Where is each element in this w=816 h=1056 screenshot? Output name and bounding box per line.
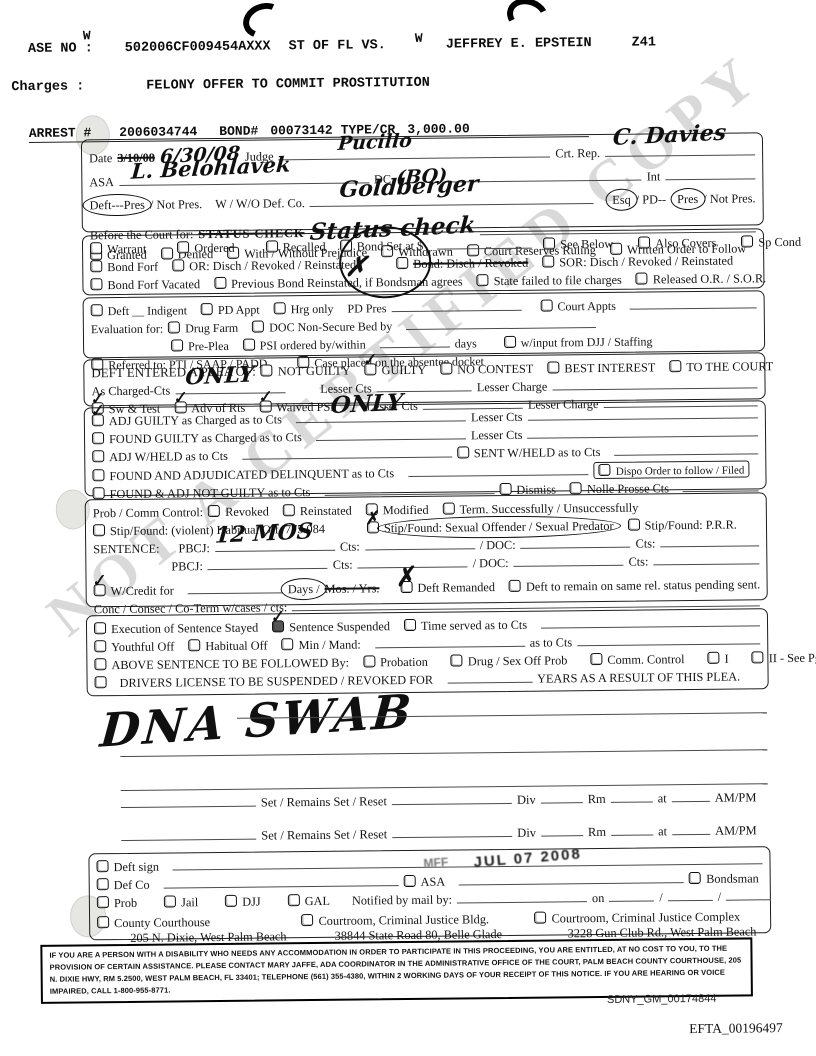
found-guilty-option: FOUND GUILTY as Charged as to Cts: [92, 429, 302, 447]
checkbox-label: DJJ: [242, 895, 261, 910]
warrant-option-sp-cond: Sp Cond: [741, 234, 801, 251]
plea-box: DEFT ENTERED A PLEA OF: NOT GUILTY ✓GUIL…: [83, 352, 765, 406]
on-label: on: [592, 891, 604, 906]
ampm-label: AM/PM: [715, 790, 757, 805]
div-label: Div: [517, 826, 536, 841]
schedule-row: Set / Remains Set / Reset Div Rm at AM/P…: [121, 789, 771, 812]
checkbox[interactable]: [440, 363, 452, 375]
form-row: Deft---Pres / Not Pres. W / W/O Def. Co.…: [90, 190, 756, 213]
div-label: Div: [517, 793, 536, 808]
time-served-line[interactable]: [541, 614, 760, 628]
psi-days-line[interactable]: [380, 336, 450, 349]
deft-indigent-option: Deft __ Indigent: [91, 302, 187, 319]
days-label[interactable]: Days /: [288, 582, 320, 597]
stamp-smudge: MFF: [423, 855, 448, 871]
document-sheet: W W NOT A CERTIFIED COPY ASE NO : 502006…: [0, 0, 816, 1056]
checkbox[interactable]: [477, 274, 489, 286]
pd-pres-label: PD Pres: [347, 301, 386, 316]
crt-rep-handwritten: C. Davies: [612, 120, 727, 151]
checkbox-label: Jail: [181, 895, 198, 910]
min-mand-option: Min / Mand:: [281, 637, 360, 654]
adj-guilty-handwritten: ONLY: [330, 389, 404, 419]
checkbox[interactable]: [168, 321, 180, 333]
checkbox[interactable]: [340, 240, 352, 252]
case-header-row: ASE NO : 502006CF009454AXXX ST OF FL VS.…: [28, 35, 656, 57]
checkbox[interactable]: [396, 257, 408, 269]
judge-handwritten: Pucillo: [338, 130, 414, 155]
w-wo-def-co-label: W / W/O Def. Co.: [215, 196, 305, 212]
checkbox-label: DOC Non-Secure Bed by: [269, 319, 392, 335]
checkbox-label: FOUND GUILTY as Charged as to Cts: [109, 430, 302, 447]
reinstated-option: Reinstated: [283, 503, 352, 520]
crt-rep-line[interactable]: C. Davies: [605, 143, 755, 157]
checkbox-label: Habitual Off: [205, 638, 267, 654]
checkbox-label: Youthful Off: [111, 639, 174, 655]
checkbox-label: ADJ GUILTY as Charged as to Cts: [109, 412, 282, 429]
slash: /: [718, 890, 722, 905]
rm-label: Rm: [588, 792, 606, 807]
checkbox[interactable]: [752, 651, 764, 663]
checkbox-label: Bond Forf Vacated: [107, 277, 200, 293]
checkbox[interactable]: [90, 242, 102, 254]
psi-option: PSI ordered by/within: [243, 336, 366, 353]
def-co-line[interactable]: Goldberger: [310, 192, 594, 207]
set-remains-label: Set / Remains Set / Reset: [261, 827, 387, 843]
checkbox[interactable]: [363, 655, 375, 667]
as-to-cts-label: as to Cts: [530, 635, 573, 650]
cts-line2[interactable]: [660, 534, 759, 547]
checkbox-label: Recalled: [283, 240, 326, 255]
as-charged-line[interactable]: ONLY: [175, 381, 285, 394]
checkbox[interactable]: [188, 639, 200, 651]
checkbox[interactable]: [638, 236, 650, 248]
checkbox[interactable]: [504, 336, 516, 348]
pd-pres-line[interactable]: [391, 299, 521, 312]
checkbox-label: Court Appts: [557, 299, 615, 315]
checkbox-label: Probation: [380, 655, 428, 671]
plea-no-contest-option: NO CONTEST: [440, 361, 533, 378]
checkbox[interactable]: [92, 432, 104, 444]
checkbox[interactable]: [97, 916, 109, 928]
scan-mark-icon: [502, 0, 553, 39]
court-appts-option: Court Appts: [540, 298, 616, 315]
adj-guilty-option: ✓ADJ GUILTY as Charged as to Cts: [92, 411, 282, 429]
doc-line[interactable]: [521, 536, 631, 549]
nolle-line[interactable]: [683, 479, 759, 492]
cts-line[interactable]: [365, 537, 475, 550]
scan-mark-icon: [238, 0, 289, 44]
checkbox-label: Deft Remanded: [417, 580, 495, 596]
checkbox[interactable]: [272, 620, 284, 632]
checkbox-label: TO THE COURT: [686, 359, 773, 375]
checkbox[interactable]: [366, 503, 378, 515]
warrant-option-bond-forf-vacated: Bond Forf Vacated: [90, 276, 200, 293]
checkbox[interactable]: [225, 895, 237, 907]
checkbox[interactable]: [93, 524, 105, 536]
bates-number-efta: EFTA_00196497: [689, 1020, 783, 1037]
warrant-option-ordered: Ordered: [177, 240, 234, 257]
checkbox[interactable]: [93, 487, 105, 499]
int-label: Int: [647, 169, 661, 184]
date-line[interactable]: [726, 888, 771, 900]
checkbox-label: PD Appt: [218, 303, 260, 318]
esq-option[interactable]: Esq: [612, 193, 631, 208]
cts-label: Cts:: [340, 540, 360, 555]
checkbox-label: Comm. Control: [607, 652, 684, 668]
djj-input-option: w/input from DJJ / Staffing: [504, 333, 653, 351]
time-line[interactable]: [672, 790, 710, 802]
deft-remain-option: Deft to remain on same rel. status pendi…: [509, 576, 760, 595]
note-line[interactable]: [121, 772, 768, 791]
checkbox-label: Modified: [383, 503, 429, 518]
checkbox[interactable]: [590, 653, 602, 665]
checkbox[interactable]: [90, 260, 102, 272]
notify-option-prob: Prob: [97, 895, 137, 911]
checkbox-label: w/input from DJJ / Staffing: [521, 334, 653, 350]
asa-line[interactable]: L. Belohlavek: [119, 171, 369, 186]
time-line[interactable]: [672, 823, 710, 835]
stayed-option: Execution of Sentence Stayed: [94, 620, 258, 638]
x-mark-annotation: ✗: [344, 252, 368, 283]
checkbox[interactable]: [669, 360, 681, 372]
prob-comm-label: Prob / Comm Control:: [93, 505, 203, 521]
plea-guilty-option: ✓GUILTY: [364, 362, 426, 379]
checkbox-label: Dispo Order to follow / Filed: [616, 464, 745, 477]
cts-label: Cts:: [636, 536, 656, 551]
doc-bed-line[interactable]: [406, 316, 596, 330]
checkbox[interactable]: [400, 581, 412, 593]
checkbox[interactable]: [542, 255, 554, 267]
lesser-charge-label: Lesser Charge: [477, 380, 548, 396]
checkbox-label: Deft sign: [113, 860, 159, 875]
checkbox-label: Time served as to Cts: [421, 618, 527, 634]
checkbox[interactable]: [252, 320, 264, 332]
cts-label: Cts:: [333, 558, 353, 573]
checkbox[interactable]: [91, 304, 103, 316]
checkbox[interactable]: [442, 503, 454, 515]
checkbox-label: Sentence Suspended: [289, 619, 390, 635]
charges-row: Charges : FELONY OFFER TO COMMIT PROSTIT…: [11, 76, 430, 95]
checkbox[interactable]: [636, 272, 648, 284]
pbcj-line[interactable]: 12 MOS: [215, 539, 335, 552]
warrant-option-previous-bond-reinstated-if-bondsman-agrees: Previous Bond Reinstated, if Bondsman ag…: [214, 273, 463, 292]
checkbox[interactable]: [288, 894, 300, 906]
checkbox[interactable]: [94, 640, 106, 652]
location-name: County Courthouse: [114, 914, 286, 931]
doc-bed-option: DOC Non-Secure Bed by: [252, 318, 392, 335]
checkbox[interactable]: [403, 875, 415, 887]
checkbox-label: Prob: [114, 896, 137, 911]
not-pres-option[interactable]: / Not Pres.: [150, 197, 202, 213]
checkbox-label: BEST INTEREST: [564, 360, 655, 376]
not-pres2-option[interactable]: / Not Pres.: [703, 191, 755, 207]
checkbox-label: Deft to remain on same rel. status pendi…: [526, 577, 760, 594]
notify-option-djj: DJJ: [225, 894, 261, 910]
deft-pres-option[interactable]: Deft---Pres: [90, 198, 145, 214]
schedule-date-line[interactable]: [392, 825, 512, 838]
checkbox[interactable]: [214, 277, 226, 289]
checkbox[interactable]: [201, 303, 213, 315]
notify-option-gal: GAL: [288, 893, 330, 909]
checkbox-label: SOR: Disch / Revoked / Reinstated: [559, 254, 733, 271]
pre-plea-option: Pre-Plea: [171, 338, 229, 355]
doc-line2[interactable]: [513, 554, 623, 567]
checkbox[interactable]: [404, 619, 416, 631]
time-served-option: Time served as to Cts: [404, 617, 527, 634]
crt-rep-label: Crt. Rep.: [555, 146, 600, 161]
checkbox-label: I: [725, 652, 729, 667]
notify-option-jail: Jail: [164, 894, 198, 910]
checkbox[interactable]: [97, 878, 109, 890]
checkbox-label: Pre-Plea: [188, 339, 229, 354]
checkbox[interactable]: [92, 469, 104, 481]
warrant-options: WarrantOrderedRecalled: [90, 239, 335, 258]
asa-label: ASA: [89, 175, 114, 190]
found-delinquent-option: FOUND AND ADJUDICATED DELINQUENT as to C…: [92, 465, 394, 484]
rm-line[interactable]: [611, 823, 653, 835]
def-co-handwritten: Goldberger: [339, 171, 480, 203]
notified-line[interactable]: [457, 890, 587, 903]
div-line[interactable]: [541, 824, 583, 836]
checkbox-label: Term. Successfully / Unsuccessfully: [459, 501, 638, 518]
checkbox[interactable]: [90, 278, 102, 290]
checkbox[interactable]: [570, 482, 582, 494]
int-line[interactable]: [665, 167, 755, 180]
checkbox-label: State failed to file charges: [494, 273, 622, 289]
checkbox[interactable]: [274, 302, 286, 314]
checkbox-label: Hrg only: [291, 302, 334, 317]
followed-option-probation: Probation: [363, 654, 428, 671]
schedule-line[interactable]: [121, 795, 256, 808]
evaluation-label: Evaluation for:: [91, 322, 163, 338]
schedule-line[interactable]: [121, 828, 256, 841]
checkbox-label: Sp Cond: [758, 235, 801, 250]
min-mand-line[interactable]: [375, 635, 525, 649]
bond-disch-option: Bond: Disch / Revoked: [396, 255, 528, 272]
notified-label: Notified by mail by:: [352, 893, 452, 909]
deft-sign-option: Deft sign: [96, 859, 159, 876]
checkbox[interactable]: [547, 361, 559, 373]
checkbox-label: Reinstated: [300, 504, 352, 520]
charges-label: Charges :: [11, 79, 84, 95]
followed-option-i: I: [707, 651, 728, 667]
asa-sign-option: ASA: [403, 874, 445, 890]
checkbox[interactable]: [509, 580, 521, 592]
warrant-option-warrant: Warrant: [90, 241, 146, 258]
checkbox[interactable]: [94, 622, 106, 634]
rm-line[interactable]: [611, 790, 653, 802]
checkbox-label: Ordered: [194, 241, 234, 256]
div-line[interactable]: [541, 791, 583, 803]
pbcj-line2[interactable]: [208, 557, 328, 570]
as-to-cts-line[interactable]: [577, 632, 760, 646]
adj-wheld-option: ADJ W/HELD as to Cts: [92, 448, 228, 465]
lesser-cts-label: Lesser Cts: [471, 410, 523, 426]
cts-label: Cts:: [628, 554, 648, 569]
checkbox-label: Revoked: [225, 504, 269, 519]
checkbox[interactable]: [92, 414, 104, 426]
checkbox-label: OR: Disch / Revoked / Reinstated: [189, 258, 356, 275]
checkbox-label: II - See Pg. 2: [769, 651, 816, 667]
delinquent-line[interactable]: [408, 463, 589, 477]
checkbox-label: Released O.R. / S.O.R.: [653, 271, 767, 287]
checkbox[interactable]: [499, 483, 511, 495]
warrant-option-recalled: Recalled: [266, 239, 326, 256]
appointment-box: Deft __ Indigent PD Appt Hrg only PD Pre…: [83, 290, 766, 358]
checkbox[interactable]: [540, 299, 552, 311]
warrant-option-released-o-r-s-o-r: Released O.R. / S.O.R.: [636, 270, 767, 287]
scanned-court-document: W W NOT A CERTIFIED COPY ASE NO : 502006…: [0, 0, 816, 1056]
checkbox-label: GAL: [305, 894, 330, 909]
pres-option[interactable]: Pres: [677, 192, 698, 207]
checkbox-label: Bond Forf: [107, 260, 158, 276]
adj-lesser-line[interactable]: [527, 406, 757, 420]
checkbox[interactable]: [208, 505, 220, 517]
youthful-option: Youthful Off: [94, 638, 174, 655]
date-line[interactable]: [668, 889, 713, 901]
checkbox-label: Def Co: [114, 878, 150, 893]
execution-box: Execution of Sentence Stayed ✓Sentence S…: [86, 608, 769, 696]
or-disch-option: OR: Disch / Revoked / Reinstated: [172, 257, 356, 275]
pbcj-handwritten: 12 MOS: [214, 518, 314, 549]
def-co-line[interactable]: [163, 874, 398, 888]
plea-to-court-option: TO THE COURT: [669, 358, 773, 375]
wcredit-option: ✓W/Credit for: [94, 582, 174, 599]
deft-remanded-option: ✗Deft Remanded: [400, 579, 495, 596]
warrant-option-state-failed-to-file-charges: State failed to file charges: [477, 272, 622, 290]
followed-option-drug-sex-off-prob: Drug / Sex Off Prob: [451, 652, 568, 669]
plea-not-guilty-option: NOT GUILTY: [261, 363, 351, 380]
pbcj-label: PBCJ:: [171, 559, 203, 574]
rm-label: Rm: [588, 825, 606, 840]
checkbox-label: Stip/Found: Sexual Offender / Sexual Pre…: [384, 519, 614, 536]
slash: /: [659, 890, 663, 905]
checkbox[interactable]: [451, 654, 463, 666]
lesser-charge-line[interactable]: [552, 376, 757, 390]
found-guilty-line[interactable]: [316, 427, 466, 441]
pd-appt-option: PD Appt: [201, 302, 260, 319]
checkbox[interactable]: [543, 237, 555, 249]
adjudication-box: ✓ADJ GUILTY as Charged as to Cts ONLY Le…: [84, 400, 767, 496]
court-info-box: Date 3/10/08 6/30/08 Judge Pucillo Crt. …: [81, 132, 764, 232]
dispo-option: Dispo Order to follow / Filed: [594, 460, 750, 479]
arrest-label: ARREST #: [29, 125, 92, 141]
found-lesser-line[interactable]: [527, 424, 758, 438]
warrant-box: WarrantOrderedRecalled Bond Set at $ See…: [82, 228, 765, 295]
sent-wheld-option: SENT W/HELD as to Cts: [457, 444, 601, 462]
checkbox[interactable]: [689, 872, 701, 884]
pd-option[interactable]: / PD--: [636, 192, 667, 207]
stip-prr-option: Stip/Found: P.R.R.: [627, 517, 736, 534]
drug-farm-option: Drug Farm: [168, 320, 238, 337]
doc-label: / DOC:: [473, 556, 509, 571]
followed-options: ProbationDrug / Sex Off ProbComm. Contro…: [363, 649, 816, 670]
date-line[interactable]: [609, 889, 654, 901]
asa-line[interactable]: [459, 871, 684, 885]
lesser-cts-label: Lesser Cts: [471, 428, 523, 444]
checkbox-label: PSI ordered by/within: [260, 337, 366, 353]
defendant-name: JEFFREY E. EPSTEIN: [446, 36, 592, 53]
checkbox-label: Also Covers: [655, 236, 716, 252]
court-appts-line[interactable]: [630, 296, 757, 309]
hrg-only-option: Hrg only: [274, 301, 334, 318]
checkbox[interactable]: [457, 446, 469, 458]
checkbox[interactable]: [708, 652, 720, 664]
dc-line[interactable]: [452, 169, 642, 183]
bates-number-sdny: SDNY_GM_00174844: [607, 993, 717, 1006]
checkbox-label: Bondsman: [706, 871, 759, 887]
checkbox[interactable]: [96, 860, 108, 872]
case-number: 502006CF009454AXXX: [125, 39, 271, 56]
cts-line3[interactable]: [358, 555, 468, 568]
checkbox-label: FOUND AND ADJUDICATED DELINQUENT as to C…: [109, 466, 394, 484]
checkbox[interactable]: [628, 519, 640, 531]
deft-sign-line[interactable]: [173, 852, 763, 870]
years-label: YEARS AS A RESULT OF THIS PLEA.: [537, 670, 740, 687]
checkbox[interactable]: [171, 339, 183, 351]
checkbox-label: Drug / Sex Off Prob: [468, 653, 568, 669]
checkbox-label: NO CONTEST: [457, 362, 533, 378]
cts-line4[interactable]: [653, 552, 759, 565]
checkbox-label: Drug Farm: [185, 321, 238, 337]
checkbox[interactable]: [534, 912, 546, 924]
term-option: Term. Successfully / Unsuccessfully: [442, 500, 638, 518]
checkbox[interactable]: [97, 896, 109, 908]
checkbox[interactable]: [301, 914, 313, 926]
bond-set-line[interactable]: [437, 237, 532, 250]
checkbox[interactable]: [243, 339, 255, 351]
days-label: days: [455, 336, 477, 351]
schedule-date-line[interactable]: [392, 792, 512, 805]
sent-wheld-line[interactable]: [614, 442, 758, 456]
checkbox[interactable]: [266, 240, 278, 252]
checkbox[interactable]: [367, 521, 379, 533]
checkbox[interactable]: [164, 895, 176, 907]
checkbox[interactable]: [95, 676, 107, 688]
terminal-code: Z41: [632, 35, 656, 50]
checkbox[interactable]: [283, 504, 295, 516]
def-co-option: Def Co: [97, 877, 150, 894]
judge-line[interactable]: Pucillo: [279, 145, 551, 160]
revoked-option: Revoked: [208, 503, 269, 520]
checkbox[interactable]: [282, 638, 294, 650]
years-line[interactable]: [447, 671, 532, 684]
ada-notice-text: IF YOU ARE A PERSON WITH A DISABILITY WH…: [49, 943, 743, 999]
bond-forf-option: Bond Forf: [90, 259, 158, 276]
above-sentence-option: ABOVE SENTENCE TO BE FOLLOWED By:: [94, 655, 349, 674]
adj-guilty-line[interactable]: ONLY: [296, 409, 466, 423]
checkbox[interactable]: [92, 450, 104, 462]
doc-label: / DOC:: [480, 538, 516, 553]
case-number-label: ASE NO :: [28, 41, 93, 57]
suspended-option: ✓Sentence Suspended: [272, 618, 390, 635]
checkbox[interactable]: [94, 584, 106, 596]
checkbox[interactable]: [741, 235, 753, 247]
not-guilty-line[interactable]: [324, 482, 494, 496]
checkbox[interactable]: [364, 363, 376, 375]
credit-line[interactable]: [188, 581, 283, 594]
checkbox-label: ASA: [420, 875, 445, 890]
followed-option-comm-control: Comm. Control: [590, 651, 684, 668]
mos-yrs-struck: Mos. / Yrs.: [324, 581, 379, 597]
checkbox[interactable]: [177, 241, 189, 253]
checkbox[interactable]: [172, 259, 184, 271]
adj-wheld-line[interactable]: [242, 446, 452, 460]
checkbox-label: Min / Mand:: [299, 638, 361, 654]
checkbox[interactable]: [94, 658, 106, 670]
checkbox[interactable]: [261, 364, 273, 376]
checkbox[interactable]: [599, 464, 611, 476]
